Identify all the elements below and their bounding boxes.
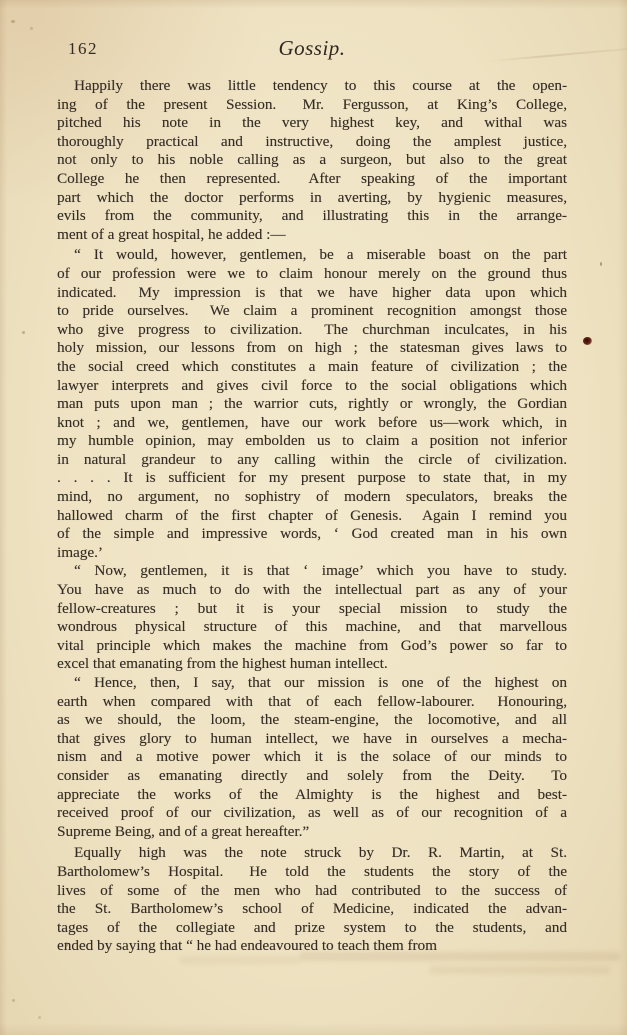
paper-speck: [12, 999, 15, 1002]
text-line: consider as emanating directly and solel…: [57, 767, 567, 786]
text-line: that gives glory to human intellect, we …: [57, 730, 567, 749]
text-line: “ Hence, then, I say, that our mission i…: [57, 674, 567, 693]
text-line: hallowed charm of the first chapter of G…: [57, 507, 567, 526]
text-line: received proof of our civilization, as w…: [57, 804, 567, 823]
text-line: of the simple and impressive words, ‘ Go…: [57, 525, 567, 544]
text-line: ment of a great hospital, he added :—: [57, 226, 567, 245]
show-through-ghost: [430, 966, 610, 974]
book-page: 162 Gossip. Happily there was little ten…: [0, 0, 627, 1035]
text-line: “ It would, however, gentlemen, be a mis…: [57, 246, 567, 265]
show-through-ghost: [300, 952, 620, 961]
paragraph: “ Hence, then, I say, that our mission i…: [57, 674, 567, 841]
text-line: “ Now, gentlemen, it is that ‘ image’ wh…: [57, 562, 567, 581]
text-line: mind, no argument, no sophistry of moder…: [57, 488, 567, 507]
text-line: the social creed which constitutes a mai…: [57, 358, 567, 377]
text-line: lives of some of the men who had contrib…: [57, 882, 567, 901]
paper-speck: [22, 331, 25, 334]
text-line: Equally high was the note struck by Dr. …: [57, 844, 567, 863]
running-title: Gossip.: [57, 36, 567, 61]
text-line: man puts upon man ; the warrior cuts, ri…: [57, 395, 567, 414]
text-line: Supreme Being, and of a great hereafter.…: [57, 823, 567, 842]
text-line: Bartholomew’s Hospital. He told the stud…: [57, 863, 567, 882]
paragraph: “ It would, however, gentlemen, be a mis…: [57, 246, 567, 562]
text-line: earth when compared with that of each fe…: [57, 693, 567, 712]
show-through-ghost: [180, 956, 300, 964]
text-line: wondrous physical structure of this mach…: [57, 618, 567, 637]
text-line: . . . . It is sufficient for my present …: [57, 469, 567, 488]
text-line: evils from the community, and illustrati…: [57, 207, 567, 226]
text-line: holy mission, our lessons from on high ;…: [57, 339, 567, 358]
text-line: thoroughly practical and instructive, do…: [57, 133, 567, 152]
text-line: part which the doctor performs in averti…: [57, 189, 567, 208]
paragraph: Happily there was little tendency to thi…: [57, 77, 567, 244]
text-line: College he then represented. After speak…: [57, 170, 567, 189]
text-line: ing of the present Session. Mr. Fergusso…: [57, 96, 567, 115]
text-line: Happily there was little tendency to thi…: [57, 77, 567, 96]
text-line: my humble opinion, may embolden us to cl…: [57, 432, 567, 451]
text-line: fellow-creatures ; but it is your specia…: [57, 600, 567, 619]
text-line: in natural grandeur to any calling withi…: [57, 451, 567, 470]
paper-speck: [38, 1016, 41, 1019]
text-line: You have as much to do with the intellec…: [57, 581, 567, 600]
text-line: tages of the collegiate and prize system…: [57, 919, 567, 938]
paragraph: “ Now, gentlemen, it is that ‘ image’ wh…: [57, 562, 567, 674]
text-line: indicated. My impression is that we have…: [57, 284, 567, 303]
paper-speck: [65, 942, 68, 947]
paragraph: Equally high was the note struck by Dr. …: [57, 844, 567, 956]
text-line: the St. Bartholomew’s school of Medicine…: [57, 900, 567, 919]
text-line: of our profession were we to claim honou…: [57, 265, 567, 284]
text-line: excel that emanating from the highest hu…: [57, 655, 567, 674]
text-line: vital principle which makes the machine …: [57, 637, 567, 656]
text-line: knot ; and we, gentlemen, have our work …: [57, 414, 567, 433]
paper-speck: [11, 20, 15, 23]
text-line: nism and a motive power which it is the …: [57, 748, 567, 767]
text-line: appreciate the works of the Almighty is …: [57, 786, 567, 805]
text-block: Happily there was little tendency to thi…: [57, 77, 567, 956]
text-line: pitched his note in the very highest key…: [57, 114, 567, 133]
text-line: image.’: [57, 544, 567, 563]
text-line: as we should, the loom, the steam-engine…: [57, 711, 567, 730]
text-line: who give progress to civilization. The c…: [57, 321, 567, 340]
paper-speck: [600, 262, 602, 266]
paper-speck: [30, 27, 33, 30]
text-line: to pride ourselves. We claim a prominent…: [57, 302, 567, 321]
text-line: not only to his noble calling as a surge…: [57, 151, 567, 170]
text-line: lawyer interprets and gives civil force …: [57, 377, 567, 396]
foxing-spot: [583, 337, 592, 345]
